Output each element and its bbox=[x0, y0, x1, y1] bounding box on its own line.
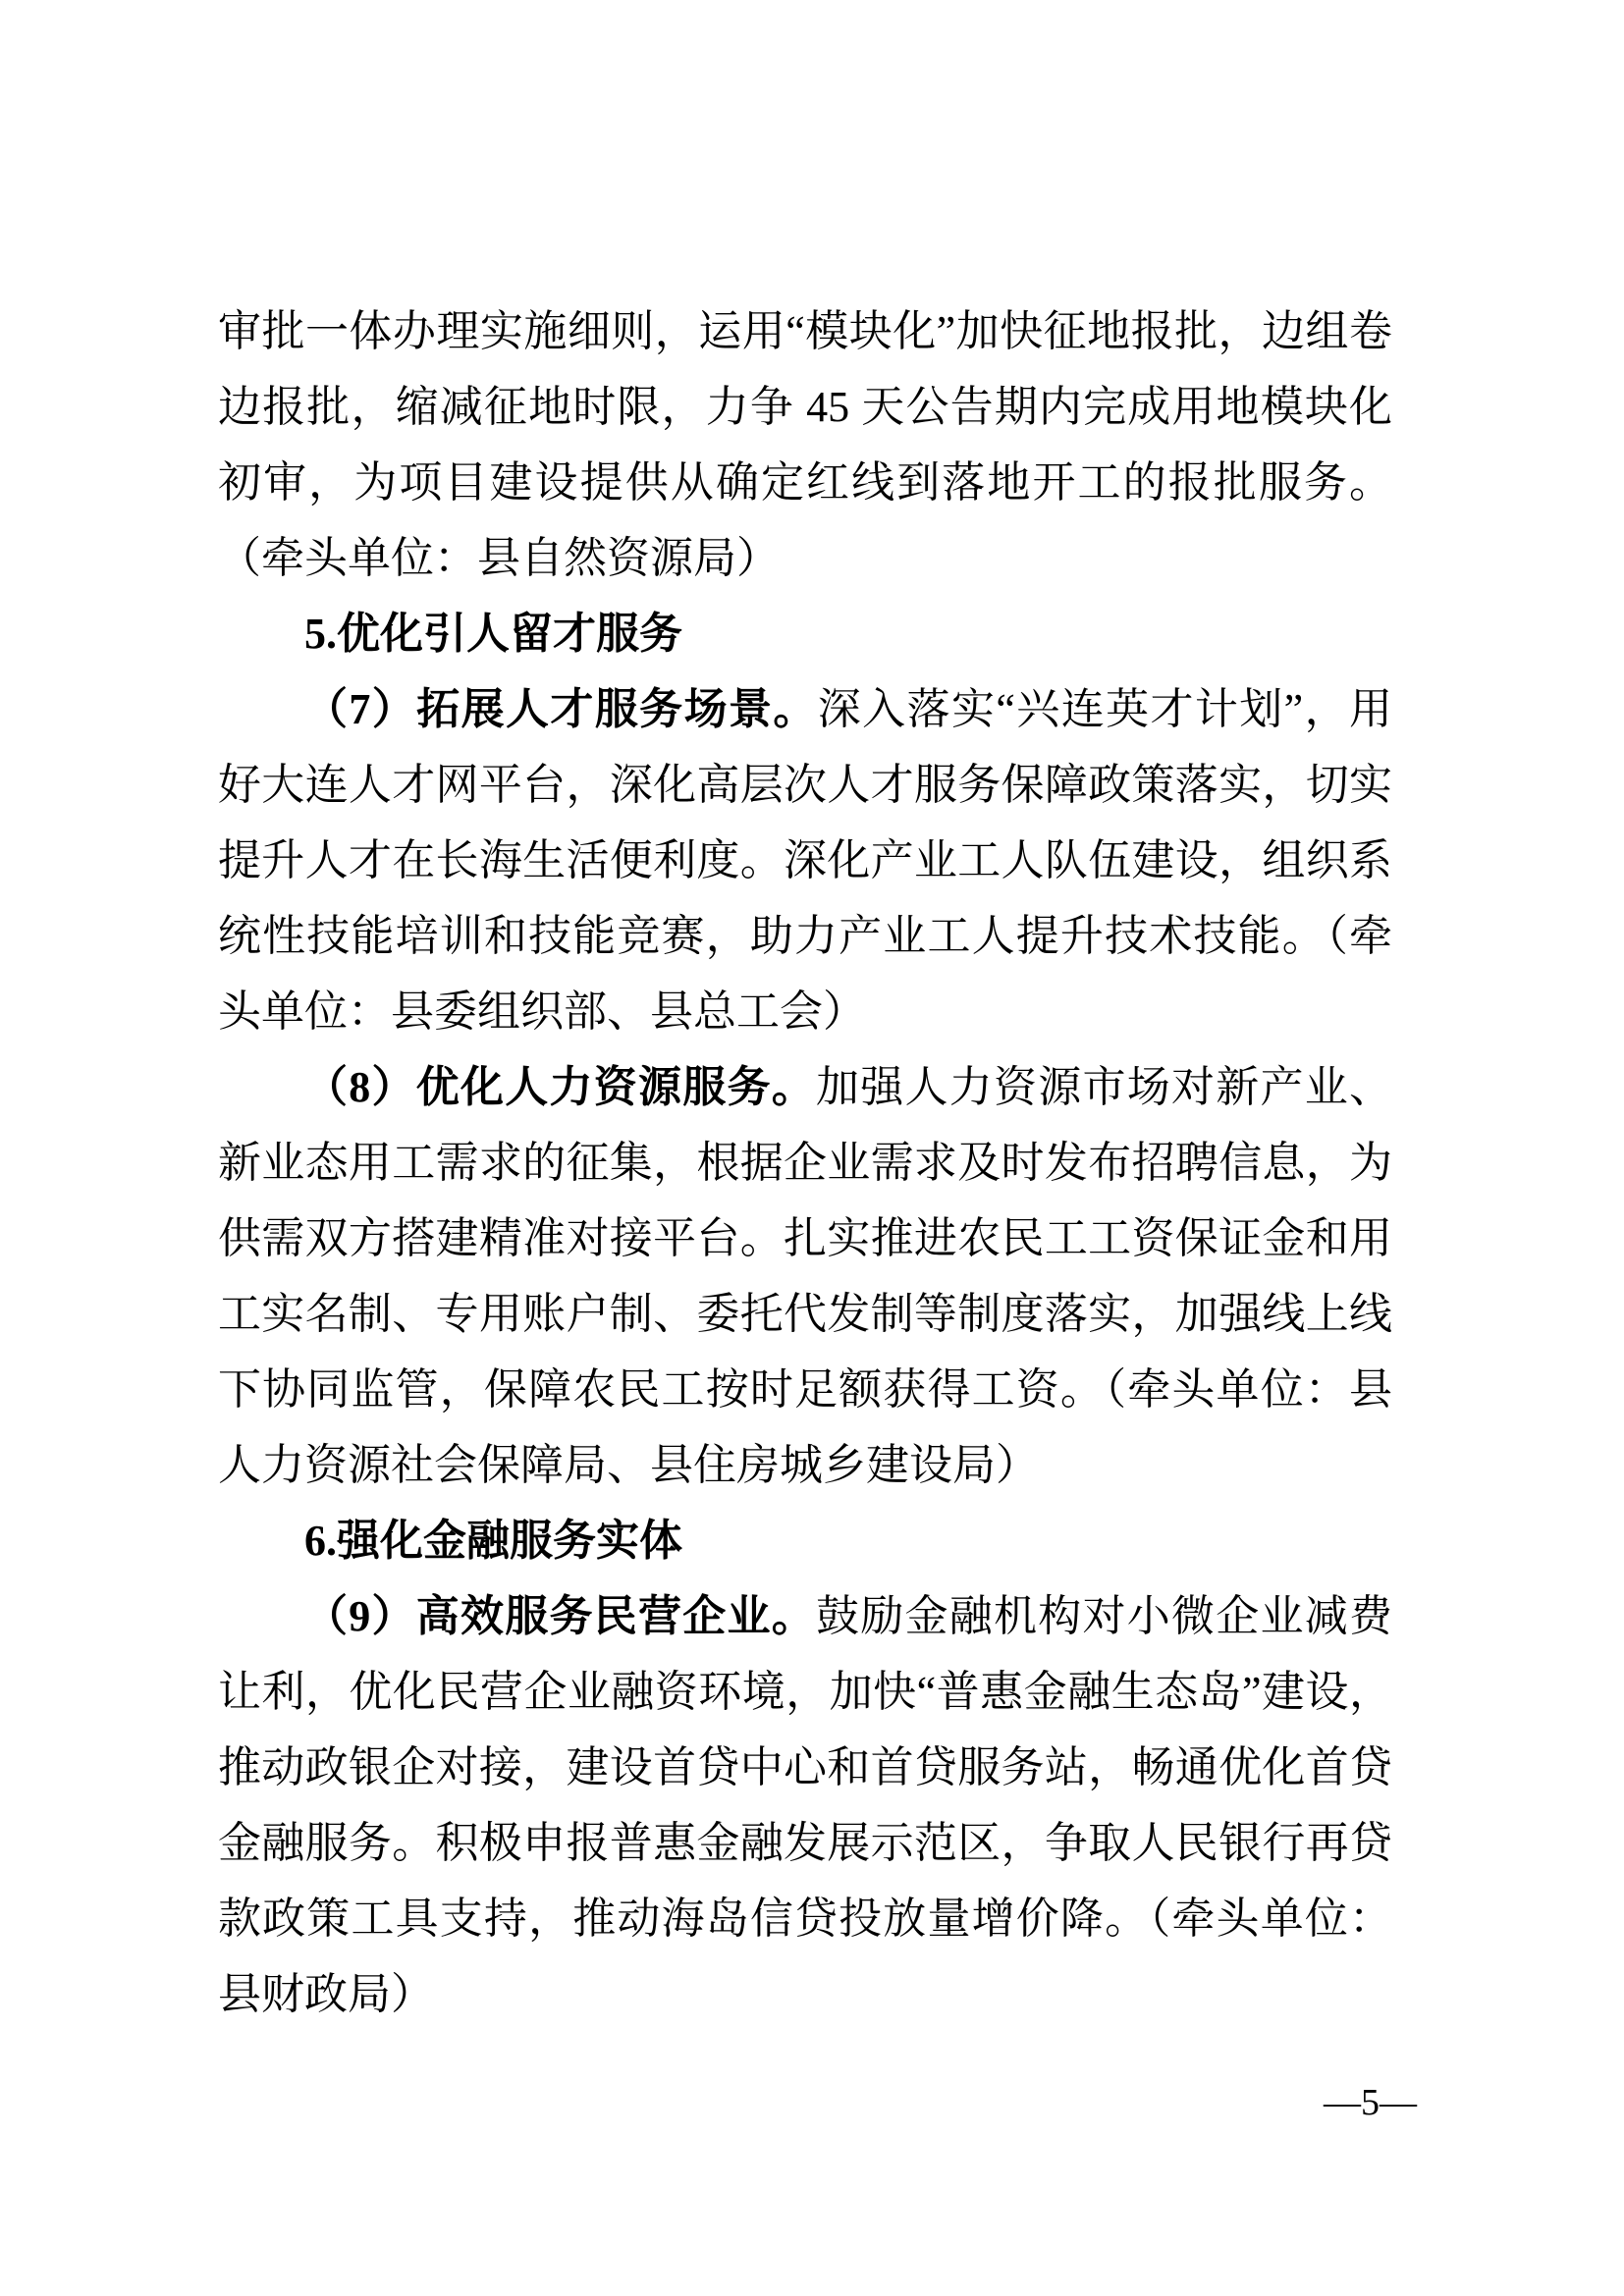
paragraph-item-9: （9）高效服务民营企业。鼓励金融机构对小微企业减费让利，优化民营企业融资环境，加… bbox=[218, 1578, 1392, 2032]
paragraph-continuation: 审批一体办理实施细则，运用“模块化”加快征地报批，边组卷边报批，缩减征地时限，力… bbox=[218, 294, 1392, 596]
bold-text-run: （8）优化人力资源服务。 bbox=[304, 1063, 816, 1111]
text-run: 深入落实“兴连英才计划”，用好大连人才网平台，深化高层次人才服务保障政策落实，切… bbox=[218, 685, 1392, 1036]
paragraph-item-7: （7）拓展人才服务场景。深入落实“兴连英才计划”，用好大连人才网平台，深化高层次… bbox=[218, 671, 1392, 1049]
heading-section-5: 5.优化引人留才服务 bbox=[218, 596, 1392, 671]
text-run: 审批一体办理实施细则，运用“模块化”加快征地报批，边组卷边报批，缩减征地时限，力… bbox=[218, 307, 1392, 582]
bold-text-run: （7）拓展人才服务场景。 bbox=[304, 685, 818, 733]
heading-section-6: 6.强化金融服务实体 bbox=[218, 1503, 1392, 1578]
document-page: 审批一体办理实施细则，运用“模块化”加快征地报批，边组卷边报批，缩减征地时限，力… bbox=[0, 0, 1624, 2296]
bold-text-run: （9）高效服务民营企业。 bbox=[304, 1592, 816, 1640]
text-run: 加强人力资源市场对新产业、新业态用工需求的征集，根据企业需求及时发布招聘信息，为… bbox=[218, 1063, 1392, 1489]
bold-text-run: 5.优化引人留才服务 bbox=[304, 610, 682, 658]
paragraph-item-8: （8）优化人力资源服务。加强人力资源市场对新产业、新业态用工需求的征集，根据企业… bbox=[218, 1049, 1392, 1503]
document-body: 审批一体办理实施细则，运用“模块化”加快征地报批，边组卷边报批，缩减征地时限，力… bbox=[218, 294, 1392, 2032]
page-number: —5— bbox=[1324, 2081, 1432, 2124]
text-run: 鼓励金融机构对小微企业减费让利，优化民营企业融资环境，加快“普惠金融生态岛”建设… bbox=[218, 1592, 1392, 2018]
bold-text-run: 6.强化金融服务实体 bbox=[304, 1517, 682, 1565]
